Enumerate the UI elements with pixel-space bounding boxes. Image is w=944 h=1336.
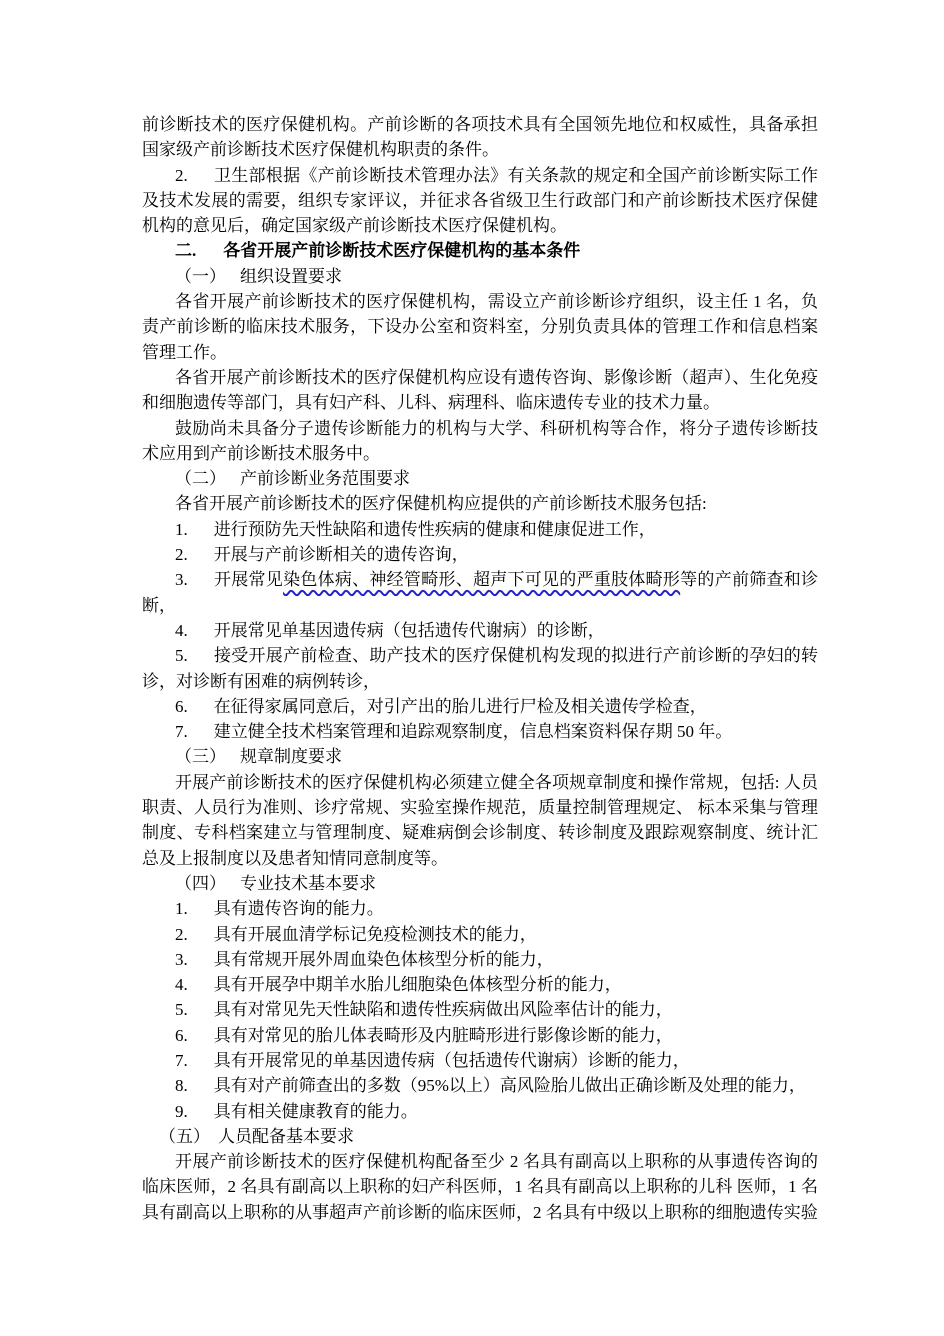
list-item: 3.具有常规开展外周血染色体核型分析的能力， — [142, 947, 818, 972]
text-run: 各省开展产前诊断技术的医疗保健机构，需设立产前诊断诊疗组织，设主任 1 名，负责… — [142, 292, 818, 362]
sub-heading: （一）组织设置要求 — [142, 264, 818, 289]
list-item: 1.进行预防先天性缺陷和遗传性疾病的健康和健康促进工作， — [142, 517, 818, 542]
marker-gap — [188, 1090, 214, 1091]
list-item: 3.开展常见染色体病、神经管畸形、超声下可见的严重肢体畸形等的产前筛查和诊断， — [142, 567, 818, 618]
list-marker: 6. — [175, 1026, 188, 1045]
text-run: 具有常规开展外周血染色体核型分析的能力， — [214, 950, 554, 969]
list-item: 4.开展常见单基因遗传病（包括遗传代谢病）的诊断， — [142, 618, 818, 643]
spellcheck-wavy-text: 染色体病、神经管畸形、超声下可见的严重肢体畸形 — [283, 570, 680, 589]
paragraph: 前诊断技术的医疗保健机构。产前诊断的各项技术具有全国领先地位和权威性，具备承担国… — [142, 112, 818, 163]
section-heading: 二.各省开展产前诊断技术医疗保健机构的基本条件 — [142, 238, 818, 263]
document-page: 前诊断技术的医疗保健机构。产前诊断的各项技术具有全国领先地位和权威性，具备承担国… — [0, 0, 944, 1336]
marker-gap — [188, 559, 214, 560]
list-marker: 4. — [175, 975, 188, 994]
text-run: 开展常见单基因遗传病（包括遗传代谢病）的诊断， — [214, 621, 605, 640]
document-body: 前诊断技术的医疗保健机构。产前诊断的各项技术具有全国领先地位和权威性，具备承担国… — [142, 112, 818, 1225]
marker-gap — [188, 939, 214, 940]
text-run: 前诊断技术的医疗保健机构。产前诊断的各项技术具有全国领先地位和权威性，具备承担国… — [142, 115, 818, 159]
list-item: 5.具有对常见先天性缺陷和遗传性疾病做出风险率估计的能力， — [142, 997, 818, 1022]
list-marker: 9. — [175, 1102, 188, 1121]
list-marker: 5. — [175, 1000, 188, 1019]
list-marker: 3. — [175, 950, 188, 969]
list-marker: 2. — [175, 925, 188, 944]
list-marker: （五） — [159, 1127, 210, 1146]
text-run: 开展产前诊断技术的医疗保健机构必须建立健全各项规章制度和操作常规，包括: 人员职… — [142, 773, 818, 868]
text-run: 进行预防先天性缺陷和遗传性疾病的健康和健康促进工作， — [214, 520, 656, 539]
text-run: 开展常见 — [214, 570, 283, 589]
list-item: 2.具有开展血清学标记免疫检测技术的能力， — [142, 922, 818, 947]
text-run: 在征得家属同意后，对引产出的胎儿进行尸检及相关遗传学检查， — [214, 697, 707, 716]
marker-gap — [188, 711, 214, 712]
text-run: 组织设置要求 — [240, 267, 342, 286]
paragraph: 开展产前诊断技术的医疗保健机构配备至少 2 名具有副高以上职称的从事遗传咨询的临… — [142, 1149, 818, 1225]
text-run: 接受开展产前检查、助产技术的医疗保健机构发现的拟进行产前诊断的孕妇的转诊，对诊断… — [142, 646, 818, 690]
text-run: 具有相关健康教育的能力。 — [214, 1102, 418, 1121]
list-marker: （一） — [175, 267, 226, 286]
list-item: 6.具有对常见的胎儿体表畸形及内脏畸形进行影像诊断的能力， — [142, 1023, 818, 1048]
marker-gap — [226, 761, 240, 762]
paragraph: 鼓励尚未具备分子遗传诊断能力的机构与大学、科研机构等合作，将分子遗传诊断技术应用… — [142, 416, 818, 467]
list-item: 7.建立健全技术档案管理和追踪观察制度，信息档案资料保存期 50 年。 — [142, 719, 818, 744]
text-run: 开展与产前诊断相关的遗传咨询， — [214, 545, 469, 564]
list-marker: 3. — [175, 570, 188, 589]
text-run: 建立健全技术档案管理和追踪观察制度，信息档案资料保存期 50 年。 — [214, 722, 733, 741]
marker-gap — [188, 534, 214, 535]
list-item: 6.在征得家属同意后，对引产出的胎儿进行尸检及相关遗传学检查， — [142, 694, 818, 719]
marker-gap — [188, 736, 214, 737]
marker-gap — [188, 1065, 214, 1066]
text-run: 具有对常见先天性缺陷和遗传性疾病做出风险率估计的能力， — [214, 1000, 673, 1019]
list-marker: 1. — [175, 520, 188, 539]
marker-gap — [188, 584, 214, 585]
marker-gap — [188, 660, 214, 661]
list-item: 5.接受开展产前检查、助产技术的医疗保健机构发现的拟进行产前诊断的孕妇的转诊，对… — [142, 643, 818, 694]
list-marker: 5. — [175, 646, 188, 665]
list-item: 1.具有遗传咨询的能力。 — [142, 896, 818, 921]
text-run: 各省开展产前诊断技术的医疗保健机构应设有遗传咨询、影像诊断（超声）、生化免疫和细… — [142, 368, 818, 412]
text-run: 具有遗传咨询的能力。 — [214, 899, 384, 918]
paragraph: 各省开展产前诊断技术的医疗保健机构应提供的产前诊断技术服务包括: — [142, 491, 818, 516]
list-marker: 2. — [175, 166, 188, 185]
marker-gap — [188, 1040, 214, 1041]
list-marker: （三） — [175, 747, 226, 766]
marker-gap — [226, 281, 240, 282]
text-run: 卫生部根据《产前诊断技术管理办法》有关条款的规定和全国产前诊断实际工作及技术发展… — [142, 166, 818, 236]
marker-gap — [188, 1014, 214, 1015]
list-marker: 2. — [175, 545, 188, 564]
list-marker: 6. — [175, 697, 188, 716]
sub-heading: （五）人员配备基本要求 — [142, 1124, 818, 1149]
text-run: 具有开展常见的单基因遗传病（包括遗传代谢病）诊断的能力， — [214, 1051, 690, 1070]
list-item: 2.开展与产前诊断相关的遗传咨询， — [142, 542, 818, 567]
text-run: 人员配备基本要求 — [218, 1127, 354, 1146]
text-run: 开展产前诊断技术的医疗保健机构配备至少 2 名具有副高以上职称的从事遗传咨询的临… — [142, 1152, 818, 1222]
marker-gap — [188, 913, 214, 914]
list-marker: （二） — [175, 469, 226, 488]
text-run: 规章制度要求 — [240, 747, 342, 766]
sub-heading: （三）规章制度要求 — [142, 744, 818, 769]
marker-gap — [188, 1116, 214, 1117]
list-item: 7.具有开展常见的单基因遗传病（包括遗传代谢病）诊断的能力， — [142, 1048, 818, 1073]
text-run: 具有对常见的胎儿体表畸形及内脏畸形进行影像诊断的能力， — [214, 1026, 673, 1045]
list-marker: 1. — [175, 899, 188, 918]
list-marker: 4. — [175, 621, 188, 640]
list-marker: 7. — [175, 722, 188, 741]
text-run: 具有开展孕中期羊水胎儿细胞染色体核型分析的能力， — [214, 975, 622, 994]
marker-gap — [226, 483, 240, 484]
list-item: 9.具有相关健康教育的能力。 — [142, 1099, 818, 1124]
marker-gap — [226, 888, 240, 889]
paragraph: 开展产前诊断技术的医疗保健机构必须建立健全各项规章制度和操作常规，包括: 人员职… — [142, 770, 818, 871]
marker-gap — [210, 1141, 218, 1142]
text-run: 具有对产前筛查出的多数（95%以上）高风险胎儿做出正确诊断及处理的能力， — [214, 1076, 806, 1095]
list-marker: （四） — [175, 874, 226, 893]
list-marker: 7. — [175, 1051, 188, 1070]
marker-gap — [188, 989, 214, 990]
text-run: 产前诊断业务范围要求 — [240, 469, 410, 488]
text-run: 各省开展产前诊断技术的医疗保健机构应提供的产前诊断技术服务包括: — [175, 494, 707, 513]
marker-gap — [196, 255, 223, 256]
sub-heading: （二）产前诊断业务范围要求 — [142, 466, 818, 491]
text-run: 各省开展产前诊断技术医疗保健机构的基本条件 — [223, 241, 580, 260]
marker-gap — [188, 635, 214, 636]
marker-gap — [188, 180, 214, 181]
paragraph: 各省开展产前诊断技术的医疗保健机构应设有遗传咨询、影像诊断（超声）、生化免疫和细… — [142, 365, 818, 416]
list-marker: 8. — [175, 1076, 188, 1095]
sub-heading: （四）专业技术基本要求 — [142, 871, 818, 896]
paragraph: 各省开展产前诊断技术的医疗保健机构，需设立产前诊断诊疗组织，设主任 1 名，负责… — [142, 289, 818, 365]
list-marker: 二. — [175, 241, 196, 260]
text-run: 具有开展血清学标记免疫检测技术的能力， — [214, 925, 537, 944]
marker-gap — [188, 964, 214, 965]
text-run: 鼓励尚未具备分子遗传诊断能力的机构与大学、科研机构等合作，将分子遗传诊断技术应用… — [142, 419, 818, 463]
list-item: 2.卫生部根据《产前诊断技术管理办法》有关条款的规定和全国产前诊断实际工作及技术… — [142, 163, 818, 239]
list-item: 4.具有开展孕中期羊水胎儿细胞染色体核型分析的能力， — [142, 972, 818, 997]
text-run: 专业技术基本要求 — [240, 874, 376, 893]
list-item: 8.具有对产前筛查出的多数（95%以上）高风险胎儿做出正确诊断及处理的能力， — [142, 1073, 818, 1098]
